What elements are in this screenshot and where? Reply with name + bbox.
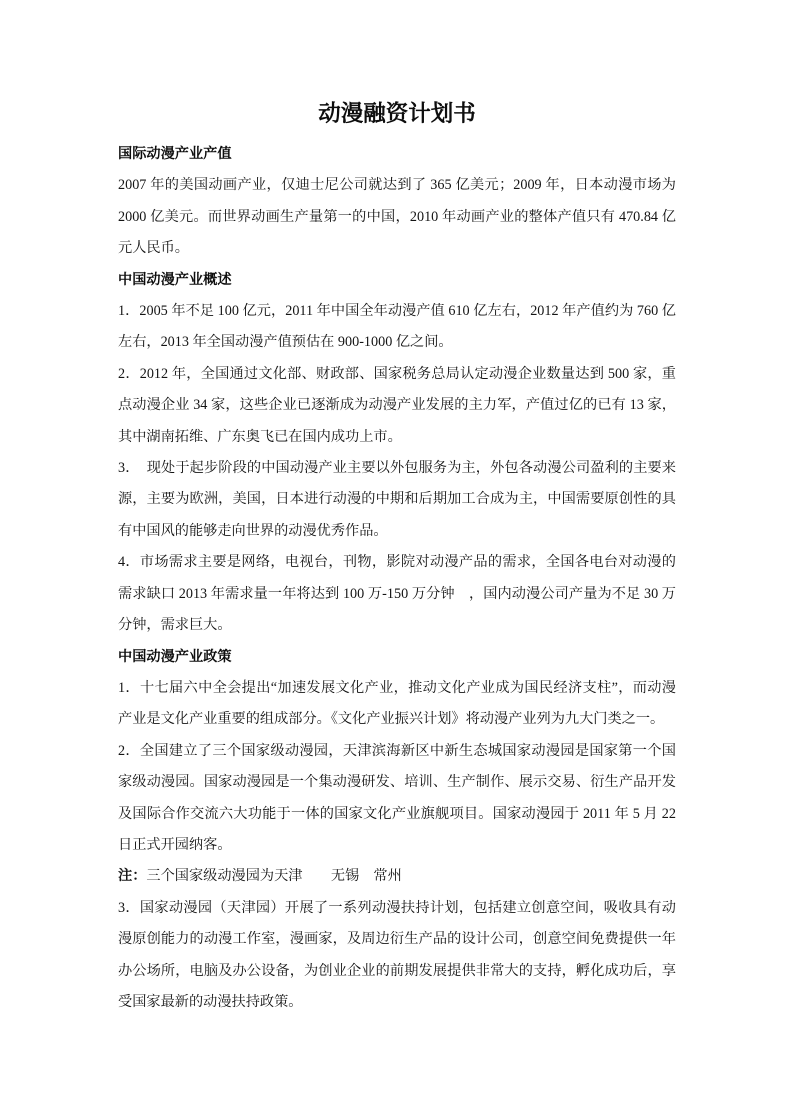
paragraph-policy-2: 2．全国建立了三个国家级动漫园，天津滨海新区中新生态城国家动漫园是国家第一个国家… <box>118 736 676 862</box>
note-label: 注： <box>118 868 146 884</box>
document-title: 动漫融资计划书 <box>118 97 676 130</box>
paragraph-policy-1: 1．十七届六中全会提出“加速发展文化产业，推动文化产业成为国民经济支柱”，而动漫… <box>118 673 676 736</box>
paragraph-policy-3: 3．国家动漫园（天津园）开展了一系列动漫扶持计划，包括建立创意空间，吸收具有动漫… <box>118 893 676 1019</box>
paragraph-overview-4: 4．市场需求主要是网络，电视台，刊物，影院对动漫产品的需求，全国各电台对动漫的需… <box>118 547 676 641</box>
document-content: 动漫融资计划书 国际动漫产业产值 2007 年的美国动画产业，仅迪士尼公司就达到… <box>118 97 676 1018</box>
paragraph-overview-1: 1．2005 年不足 100 亿元，2011 年中国全年动漫产值 610 亿左右… <box>118 296 676 359</box>
section-heading-international: 国际动漫产业产值 <box>118 139 676 170</box>
document-page: 动漫融资计划书 国际动漫产业产值 2007 年的美国动画产业，仅迪士尼公司就达到… <box>0 0 792 1120</box>
section-china-overview: 中国动漫产业概述 1．2005 年不足 100 亿元，2011 年中国全年动漫产… <box>118 265 676 642</box>
paragraph-overview-3: 3． 现处于起步阶段的中国动漫产业主要以外包服务为主，外包各动漫公司盈利的主要来… <box>118 453 676 547</box>
section-international-output: 国际动漫产业产值 2007 年的美国动画产业，仅迪士尼公司就达到了 365 亿美… <box>118 139 676 265</box>
paragraph-overview-2: 2．2012 年，全国通过文化部、财政部、国家税务总局认定动漫企业数量达到 50… <box>118 359 676 453</box>
section-china-policy: 中国动漫产业政策 1．十七届六中全会提出“加速发展文化产业，推动文化产业成为国民… <box>118 642 676 1019</box>
section-heading-policy: 中国动漫产业政策 <box>118 642 676 673</box>
note-paragraph: 注：三个国家级动漫园为天津 无锡 常州 <box>118 861 676 892</box>
paragraph-international-1: 2007 年的美国动画产业，仅迪士尼公司就达到了 365 亿美元；2009 年，… <box>118 170 676 264</box>
section-heading-overview: 中国动漫产业概述 <box>118 265 676 296</box>
note-text: 三个国家级动漫园为天津 无锡 常州 <box>146 868 401 884</box>
